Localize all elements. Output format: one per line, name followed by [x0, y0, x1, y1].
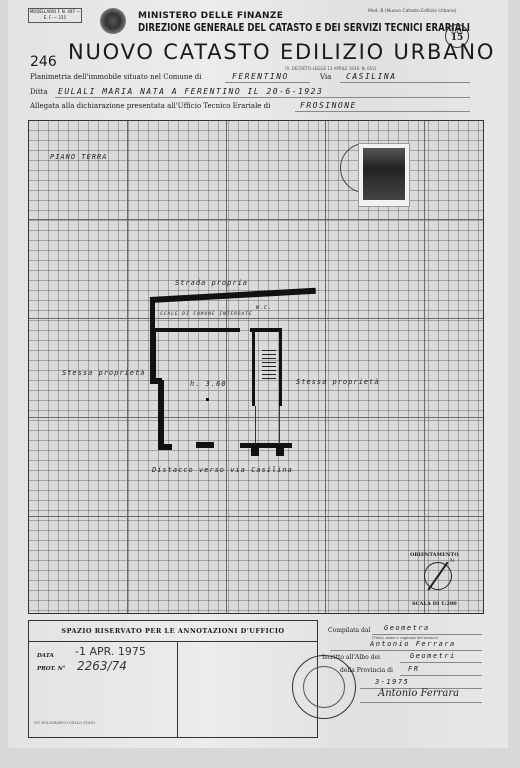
planimetry-row: Planimetria dell'immobile situato nel Co…: [30, 73, 202, 81]
office-annotations-box: SPAZIO RISERVATO PER LE ANNOTAZIONI D'UF…: [28, 620, 318, 738]
staircase-icon: [262, 350, 276, 380]
floor-plan-grid: [28, 120, 484, 614]
internal-stair-label: SCALE DI COMUNE INTERRATE: [160, 312, 253, 317]
technician-signature: Antonio Ferrara: [378, 688, 459, 699]
surveyors-college-stamp: [292, 655, 356, 719]
compiled-name: Antonio Ferrara: [370, 640, 456, 648]
prot-label: PROT. N°: [37, 666, 66, 672]
ministry-title: MINISTERO DELLE FINANZE: [138, 11, 283, 21]
compiled-title: Geometra: [384, 624, 430, 632]
west-boundary-label: Stessa proprietà: [62, 369, 145, 377]
model-reference: Mod. B (Nuovo Catasto Edilizio Urbano): [368, 9, 457, 14]
comune-value: FERENTINO: [232, 72, 289, 81]
decree-reference: (R. DECRETO-LEGGE 13 APRILE 1939, N. 652…: [285, 66, 376, 71]
model-box: MODELLARIO F. N. 497 — E. F. — 215: [28, 8, 82, 23]
date-label: DATA: [37, 653, 54, 659]
compiled-label: Compilata dal: [328, 627, 370, 634]
republic-emblem-icon: [100, 8, 126, 34]
via-label: Via: [320, 73, 331, 81]
iscritto-value: Geometri: [410, 652, 456, 660]
date-value: -1 APR. 1975: [75, 645, 146, 658]
via-value: CASILINA: [346, 72, 397, 81]
reference-number: 246: [30, 54, 57, 70]
provincia-value: FR: [408, 665, 419, 673]
floor-label: PIANO TERRA: [50, 153, 107, 161]
scale-label: SCALA DI 1:200: [412, 601, 457, 607]
south-boundary-label: Distacco verso via Casilina: [152, 466, 293, 474]
ditta-value: EULALI MARIA NATA A FERENTINO IL 20-6-19…: [58, 87, 323, 96]
signature-date: 3-1975: [375, 678, 409, 686]
document-title: NUOVO CATASTO EDILIZIO URBANO: [68, 40, 495, 64]
compass-icon: [424, 562, 452, 590]
direction-title: DIREZIONE GENERALE DEL CATASTO E DEI SER…: [138, 22, 470, 34]
allegata-label: Allegata alla dichiarazione presentata a…: [30, 102, 270, 110]
orientation-north: N: [450, 558, 454, 564]
ditta-label: Ditta: [30, 88, 48, 96]
wc-label: W.C.: [256, 305, 272, 311]
ufficio-value: FROSINONE: [300, 101, 357, 110]
planimetry-label: Planimetria dell'immobile situato nel Co…: [30, 73, 202, 81]
office-annotations-title: SPAZIO RISERVATO PER LE ANNOTAZIONI D'UF…: [29, 621, 317, 642]
printer-note: IST. POLIGRAFICO DELLO STATO: [34, 721, 95, 725]
north-boundary-label: Strada propria: [175, 279, 248, 287]
east-boundary-label: Stessa proprietà: [296, 378, 379, 386]
room-height-label: h. 3.60: [190, 380, 227, 388]
prot-value: 2263/74: [77, 659, 127, 673]
postage-stamp: [358, 143, 410, 207]
